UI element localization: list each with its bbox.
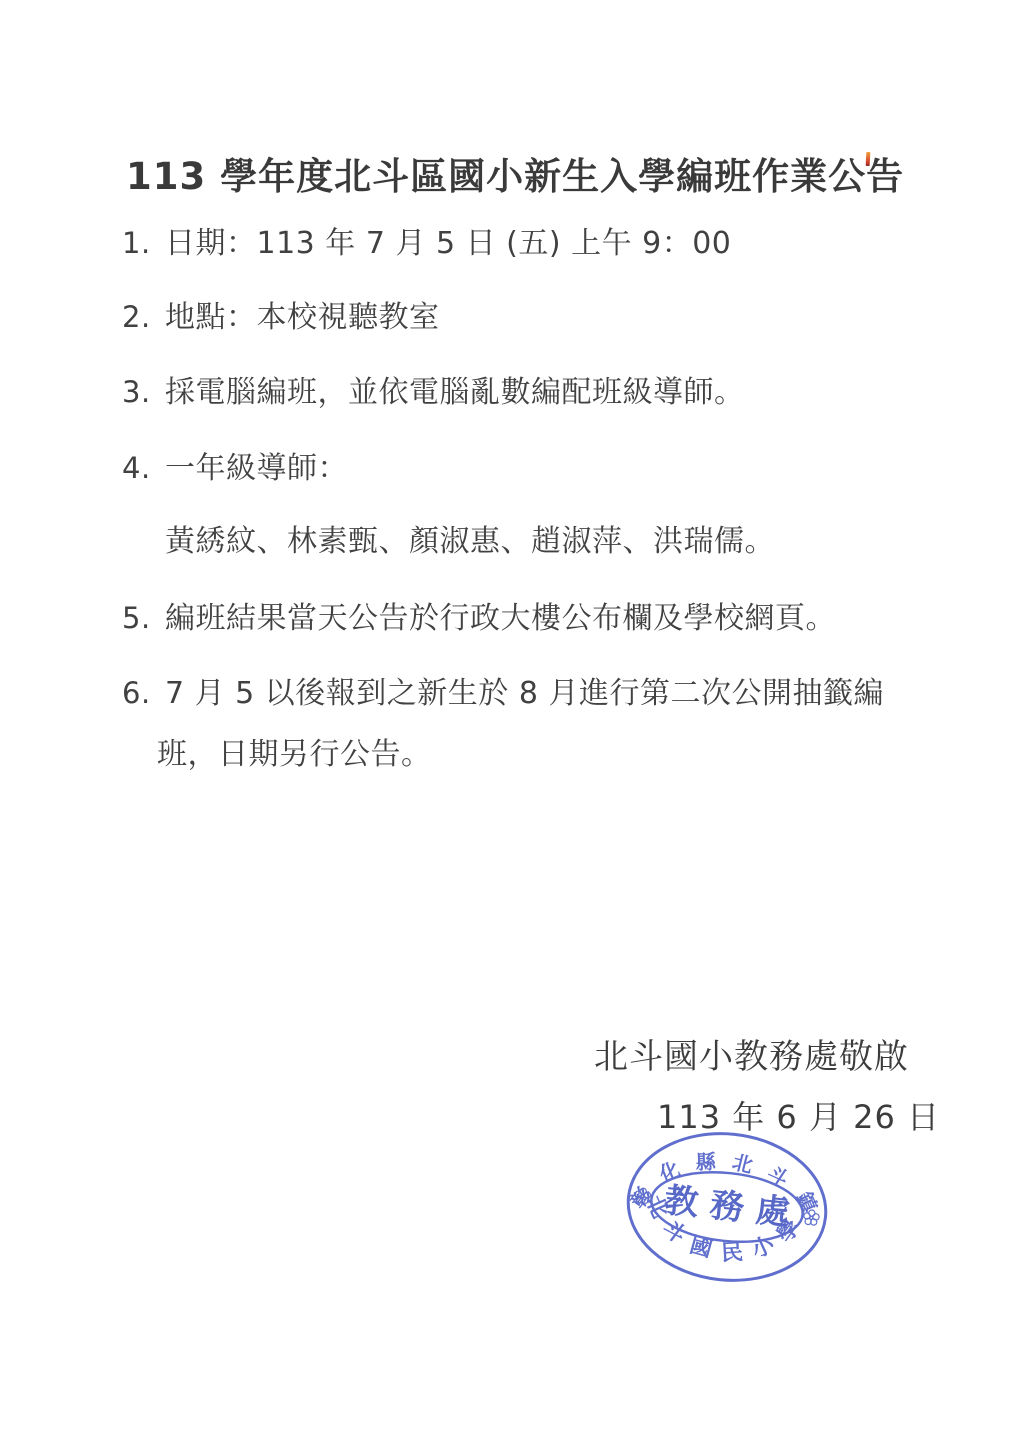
signature-line: 北斗國小教務處敬啟 [594,1029,909,1078]
list-item-4: 4. 一年級導師： [122,450,348,488]
list-text-teachers-label: 一年級導師： [165,450,348,488]
scanned-announcement-page: 113 學年度北斗區國小新生入學編班作業公告 1. 日期：113 年 7 月 5… [0,0,1024,1448]
list-item-3: 3. 採電腦編班，並依電腦亂數編配班級導師。 [122,374,745,412]
official-stamp: 彰化縣北斗鎮 北斗國民小學 教務處 [612,1117,843,1297]
list-number: 1. [122,225,165,261]
list-text-late-registration: 7 月 5 以後報到之新生於 8 月進行第二次公開抽籤編 [165,675,884,713]
list-text-method: 採電腦編班，並依電腦亂數編配班級導師。 [165,374,745,412]
list-item-5: 5. 編班結果當天公告於行政大樓公布欄及學校網頁。 [122,600,836,638]
list-item-2: 2. 地點：本校視聽教室 [122,299,440,337]
document-title: 113 學年度北斗區國小新生入學編班作業公告 [126,146,904,200]
list-item-6-wrap-line: 班，日期另行公告。 [157,736,432,774]
scan-color-artifact [866,152,871,166]
list-text-location: 地點：本校視聽教室 [165,299,440,337]
teacher-names-line: 黃綉紋、林素甄、顏淑惠、趙淑萍、洪瑞儒。 [165,523,775,561]
stamp-seal-graphic: 彰化縣北斗鎮 北斗國民小學 教務處 [612,1117,843,1297]
list-text-announcement: 編班結果當天公告於行政大樓公布欄及學校網頁。 [165,600,836,638]
list-number: 4. [122,450,165,486]
list-item-6: 6. 7 月 5 以後報到之新生於 8 月進行第二次公開抽籤編 [122,675,884,713]
list-item-1: 1. 日期：113 年 7 月 5 日 (五) 上午 9：00 [122,225,731,263]
list-number: 3. [122,374,165,410]
list-text-date: 日期：113 年 7 月 5 日 (五) 上午 9：00 [165,225,731,263]
list-number: 5. [122,600,165,636]
list-number: 6. [122,675,165,711]
list-number: 2. [122,299,165,335]
